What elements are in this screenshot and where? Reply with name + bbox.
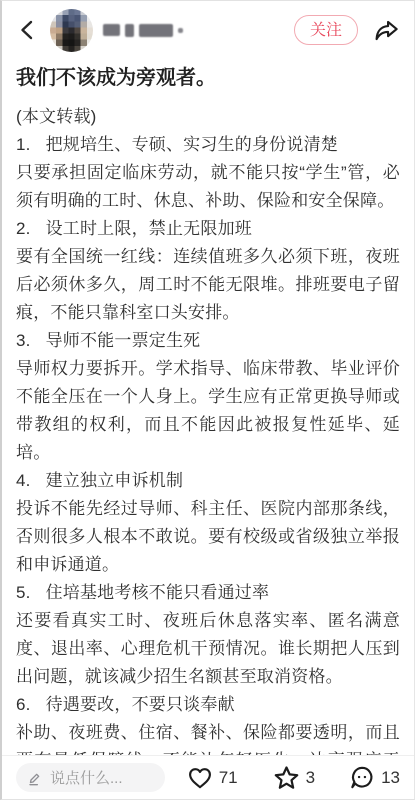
top-nav-bar: 关注 (2, 1, 414, 59)
section-heading-text: 导师不能一票定生死 (46, 327, 201, 355)
post-intro: (本文转载) (16, 103, 400, 131)
share-arrow-icon (373, 17, 400, 44)
post-body: (本文转载) 1. 把规培生、专硕、实习生的身份说清楚 只要承担固定临床劳动，就… (16, 103, 400, 800)
collect-count: 3 (306, 768, 315, 788)
section-body: 导师权力要拆开。学术指导、临床带教、毕业评价不能全压在一个人身上。学生应有正常更… (16, 355, 400, 467)
pencil-icon (27, 770, 43, 786)
section-heading: 1. 把规培生、专硕、实习生的身份说清楚 (16, 131, 400, 159)
section-number: 1. (16, 131, 31, 159)
redact-block (125, 24, 134, 37)
section-number: 4. (16, 467, 31, 495)
redact-block (178, 28, 183, 33)
back-button[interactable] (14, 16, 42, 44)
section-heading-text: 待遇要改，不要只谈奉献 (46, 691, 235, 719)
collect-button[interactable]: 3 (272, 764, 315, 792)
section-number: 6. (16, 691, 31, 719)
bottom-action-bar: 说点什么... 71 3 13 (2, 756, 414, 799)
section-body: 还要看真实工时、夜班后休息落实率、匿名满意度、退出率、心理危机干预情况。谁长期把… (16, 607, 400, 691)
comment-input[interactable]: 说点什么... (16, 763, 165, 792)
section-heading: 2. 设工时上限，禁止无限加班 (16, 215, 400, 243)
like-count: 71 (219, 768, 238, 788)
section-number: 3. (16, 327, 31, 355)
redact-block (139, 24, 173, 37)
username-redacted[interactable] (103, 24, 183, 37)
chevron-left-icon (16, 18, 40, 42)
section-heading: 5. 住培基地考核不能只看通过率 (16, 579, 400, 607)
section-heading: 4. 建立独立申诉机制 (16, 467, 400, 495)
section-body: 要有全国统一红线：连续值班多久必须下班，夜班后必须休多久，周工时不能无限堆。排班… (16, 243, 400, 327)
section-heading-text: 把规培生、专硕、实习生的身份说清楚 (46, 131, 338, 159)
comment-button[interactable]: 13 (348, 764, 400, 791)
section-heading-text: 建立独立申诉机制 (46, 467, 184, 495)
like-button[interactable]: 71 (186, 764, 238, 791)
section-number: 2. (16, 215, 31, 243)
section-number: 5. (16, 579, 31, 607)
share-button[interactable] (371, 15, 401, 45)
section-body: 投诉不能先经过导师、科主任、医院内部那条线，否则很多人根本不敢说。要有校级或省级… (16, 495, 400, 579)
post-title: 我们不该成为旁观者。 (16, 64, 400, 92)
avatar[interactable] (50, 9, 93, 52)
heart-icon (186, 764, 214, 791)
comment-count: 13 (381, 768, 400, 788)
comment-input-placeholder: 说点什么... (50, 767, 123, 788)
section-heading: 6. 待遇要改，不要只谈奉献 (16, 691, 400, 719)
redact-block (103, 24, 120, 36)
post-content: 我们不该成为旁观者。 (本文转载) 1. 把规培生、专硕、实习生的身份说清楚 只… (2, 64, 414, 800)
avatar-pixelated-image (50, 9, 93, 52)
star-icon (272, 764, 301, 792)
section-body: 只要承担固定临床劳动，就不能只按“学生”管，必须有明确的工时、休息、补助、保险和… (16, 159, 400, 215)
section-heading-text: 住培基地考核不能只看通过率 (46, 579, 270, 607)
follow-button[interactable]: 关注 (294, 15, 358, 45)
section-heading: 3. 导师不能一票定生死 (16, 327, 400, 355)
post-detail-page: 关注 我们不该成为旁观者。 (本文转载) 1. 把规培生、专硕、实习生的身份说清… (0, 0, 415, 800)
section-heading-text: 设工时上限，禁止无限加班 (46, 215, 252, 243)
speech-bubble-icon (348, 764, 376, 791)
